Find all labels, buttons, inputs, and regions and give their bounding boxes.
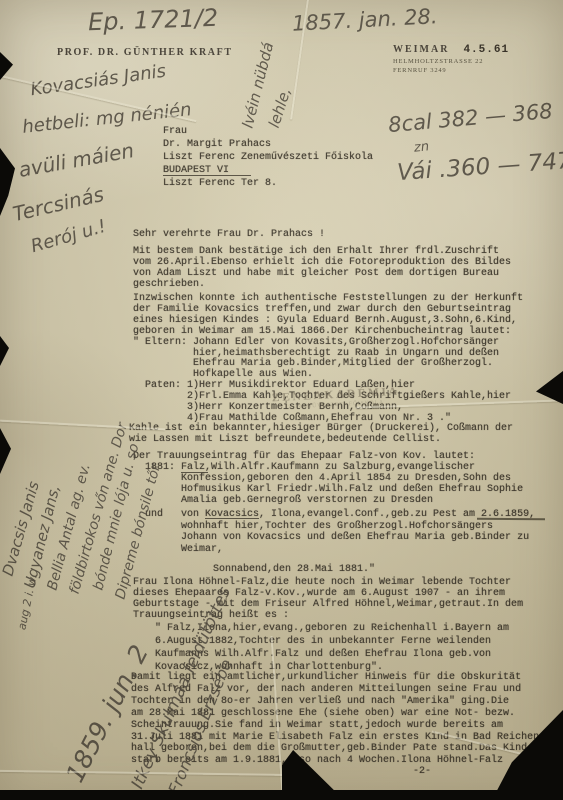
paragraph-1: Mit bestem Dank bestätige ich den Erhalt… bbox=[133, 247, 511, 291]
typed-date: 4.5.61 bbox=[463, 44, 509, 56]
handwritten-date-note: 1857. jan. 28. bbox=[291, 4, 438, 36]
paragraph-3-closing: Sonnabend,den 28.Mai 1881." bbox=[213, 564, 375, 575]
background-strip bbox=[0, 790, 563, 800]
scanned-letter-photo: PROF. DR. GÜNTHER KRAFT WEIMAR4.5.61 HEL… bbox=[0, 0, 563, 800]
page-number: -2- bbox=[413, 766, 431, 777]
paragraph-3-continued: und von Kovacsics, Ilona,evangel.Conf.,g… bbox=[133, 509, 535, 555]
recipient-address: Frau Dr. Margit Prahacs Liszt Ferenc Zen… bbox=[163, 125, 373, 190]
phone-number-note-1: 8cal 382 — 368 bbox=[387, 99, 553, 137]
margin-note-5: Rerój u.! bbox=[29, 216, 109, 257]
margin-note-1: Kovacsiás Janis bbox=[29, 61, 167, 101]
top-vertical-note-2: lehle, bbox=[265, 85, 295, 130]
underline-budapest bbox=[163, 175, 251, 176]
letterhead-sender: PROF. DR. GÜNTHER KRAFT bbox=[57, 47, 233, 58]
bottom-note-small: aug 2 i. w. bbox=[15, 573, 39, 631]
archive-number-note: Ep. 1721/2 bbox=[88, 4, 219, 37]
underline-falz bbox=[181, 472, 208, 473]
letterhead-city: WEIMAR bbox=[393, 44, 449, 55]
paragraph-4: Frau Ilona Höhnel-Falz,die heute noch in… bbox=[133, 578, 523, 622]
letterhead-phone: FERNRUF 3249 bbox=[393, 67, 509, 74]
margin-note-3: avüli máien bbox=[17, 138, 136, 182]
paragraph-3-marriage-record: Der Trauungseintrag für das Ehepaar Falz… bbox=[133, 452, 523, 507]
salutation: Sehr verehrte Frau Dr. Prahacs ! bbox=[133, 229, 325, 240]
letter-paper: PROF. DR. GÜNTHER KRAFT WEIMAR4.5.61 HEL… bbox=[0, 0, 563, 800]
letterhead-street: HELMHOLTZSTRASSE 22 bbox=[393, 58, 509, 65]
paragraph-2b: Kahle ist ein bekannter,hiesiger Bürger … bbox=[129, 424, 513, 446]
phone-note-mid: zn bbox=[413, 139, 430, 155]
letterhead-right-block: WEIMAR4.5.61 HELMHOLTZSTRASSE 22 FERNRUF… bbox=[393, 44, 509, 74]
underline-kovacsics bbox=[205, 518, 259, 519]
